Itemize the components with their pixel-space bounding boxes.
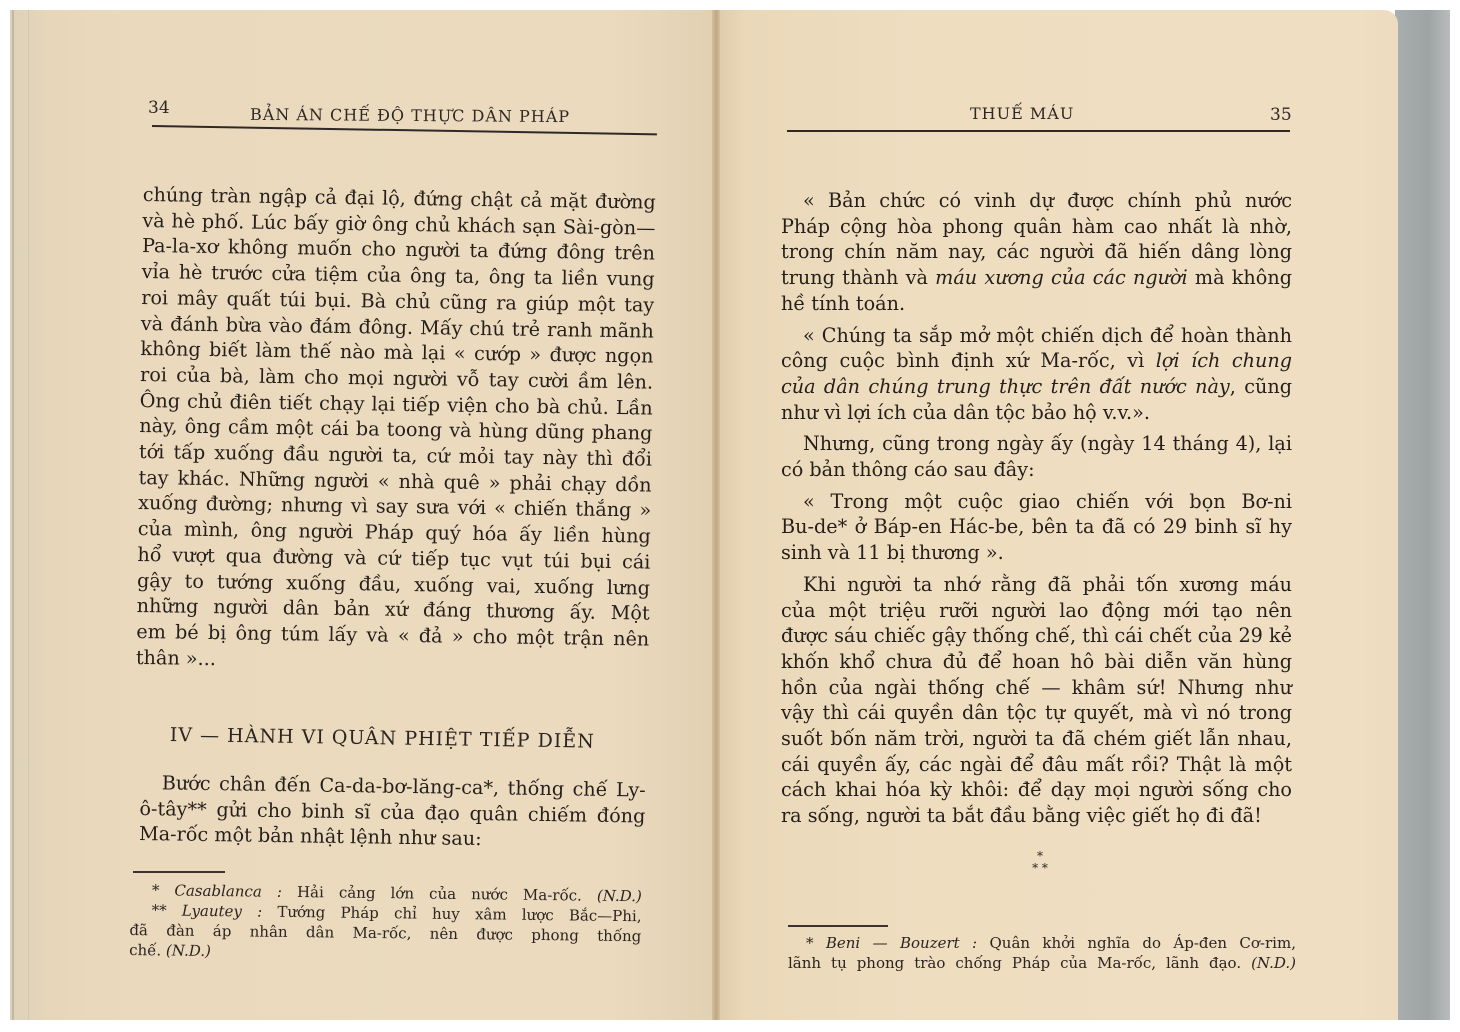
quote-line: công cuộc bình định xứ Ma-rốc, vì lợi íc… xyxy=(781,348,1292,374)
right-running-head: THUẾ MÁU xyxy=(970,104,1074,123)
left-page-number: 34 xyxy=(148,98,170,118)
text-line: hồn của ngài thống chế — khâm sứ! Nhưng … xyxy=(781,675,1292,701)
footnote-beni-bouzert: * Beni — Bouzert : Quân khởi nghĩa do Áp… xyxy=(788,933,1296,953)
quote-line: trung thành và máu xương của các người m… xyxy=(781,265,1292,291)
text-line: của một triệu rưỡi người lao động mới tạ… xyxy=(781,598,1292,624)
right-header-rule xyxy=(787,130,1290,132)
footnote-term: Beni — Bouzert : xyxy=(826,934,977,952)
text-line: ra sống, người ta bắt đầu bằng việc giết… xyxy=(781,803,1292,829)
text-line: khốn khổ chưa đủ để hoan hô bài diễn văn… xyxy=(781,649,1292,675)
text-line: cách khai hóa kỳ khôi: để dạy mọi người … xyxy=(781,777,1292,803)
right-page-number: 35 xyxy=(1270,105,1292,125)
quote-line: « Chúng ta sắp mở một chiến dịch để hoàn… xyxy=(781,323,1292,349)
footnote-line: lãnh tụ phong trào chống Pháp của Ma-rốc… xyxy=(788,953,1296,973)
right-footnote: * Beni — Bouzert : Quân khởi nghĩa do Áp… xyxy=(788,933,1296,973)
footnote-term: Casablanca : xyxy=(174,882,282,901)
text-line: vậy thì cái quyền dân tộc tự quyết, mà v… xyxy=(781,700,1292,726)
page-stack-edge xyxy=(12,10,29,1020)
quote-line: trong chín năm nay, các người đã hiến dâ… xyxy=(781,239,1292,265)
right-footnote-rule xyxy=(788,925,888,927)
section-body-text: Bước chân đến Ca-da-bơ-lăng-ca*, thống c… xyxy=(139,770,646,855)
footnote-term: Lyautey : xyxy=(182,902,263,921)
text-line: có bản thông cáo sau đây: xyxy=(781,457,1292,483)
italic-emphasis: lợi ích chung xyxy=(1156,349,1292,372)
quote-line: như vì lợi ích của dân tộc bảo hộ v.v.». xyxy=(781,400,1292,426)
quote-line: Bu-de* ở Báp-en Hác-be, bên ta đã có 29 … xyxy=(781,514,1292,540)
left-footnote-rule xyxy=(133,871,225,873)
quote-line: « Trong một cuộc giao chiến với bọn Bơ-n… xyxy=(781,489,1292,515)
right-body-text: « Bản chức có vinh dự được chính phủ nướ… xyxy=(781,188,1292,829)
left-running-head: BẢN ÁN CHẾ ĐỘ THỰC DÂN PHÁP xyxy=(250,105,570,126)
scanner-backdrop xyxy=(1395,10,1450,1020)
text-line: Khi người ta nhớ rằng đã phải tốn xương … xyxy=(781,572,1292,598)
text-line: cái quyền ấy, các ngài để đâu mất rồi? T… xyxy=(781,752,1292,778)
quote-line: của dân chúng trung thực trên đất nước n… xyxy=(781,374,1292,400)
italic-emphasis: máu xương của các người xyxy=(935,266,1188,289)
left-footnotes: * Casablanca : Hải cảng lớn của nước Ma-… xyxy=(129,880,642,966)
asterism-divider: * * * xyxy=(1020,850,1060,874)
quote-line: « Bản chức có vinh dự được chính phủ nướ… xyxy=(781,188,1292,214)
book-spine xyxy=(712,10,720,1020)
text-line: Nhưng, cũng trong ngày ấy (ngày 14 tháng… xyxy=(781,431,1292,457)
quote-line: sinh và 11 bị thương ». xyxy=(781,540,1292,566)
quote-line: Pháp cộng hòa phong quân hàm cao nhất là… xyxy=(781,214,1292,240)
left-body-text: chúng tràn ngập cả đại lộ, đứng chật cả … xyxy=(136,182,656,678)
text-line: được sáu chiếc gậy thống chế, thì cái ch… xyxy=(781,623,1292,649)
italic-emphasis: của dân chúng trung thực trên đất nước n… xyxy=(781,375,1230,398)
quote-line: hề tính toán. xyxy=(781,291,1292,317)
text-line: suốt bốn năm trời, người ta đã chém giết… xyxy=(781,726,1292,752)
